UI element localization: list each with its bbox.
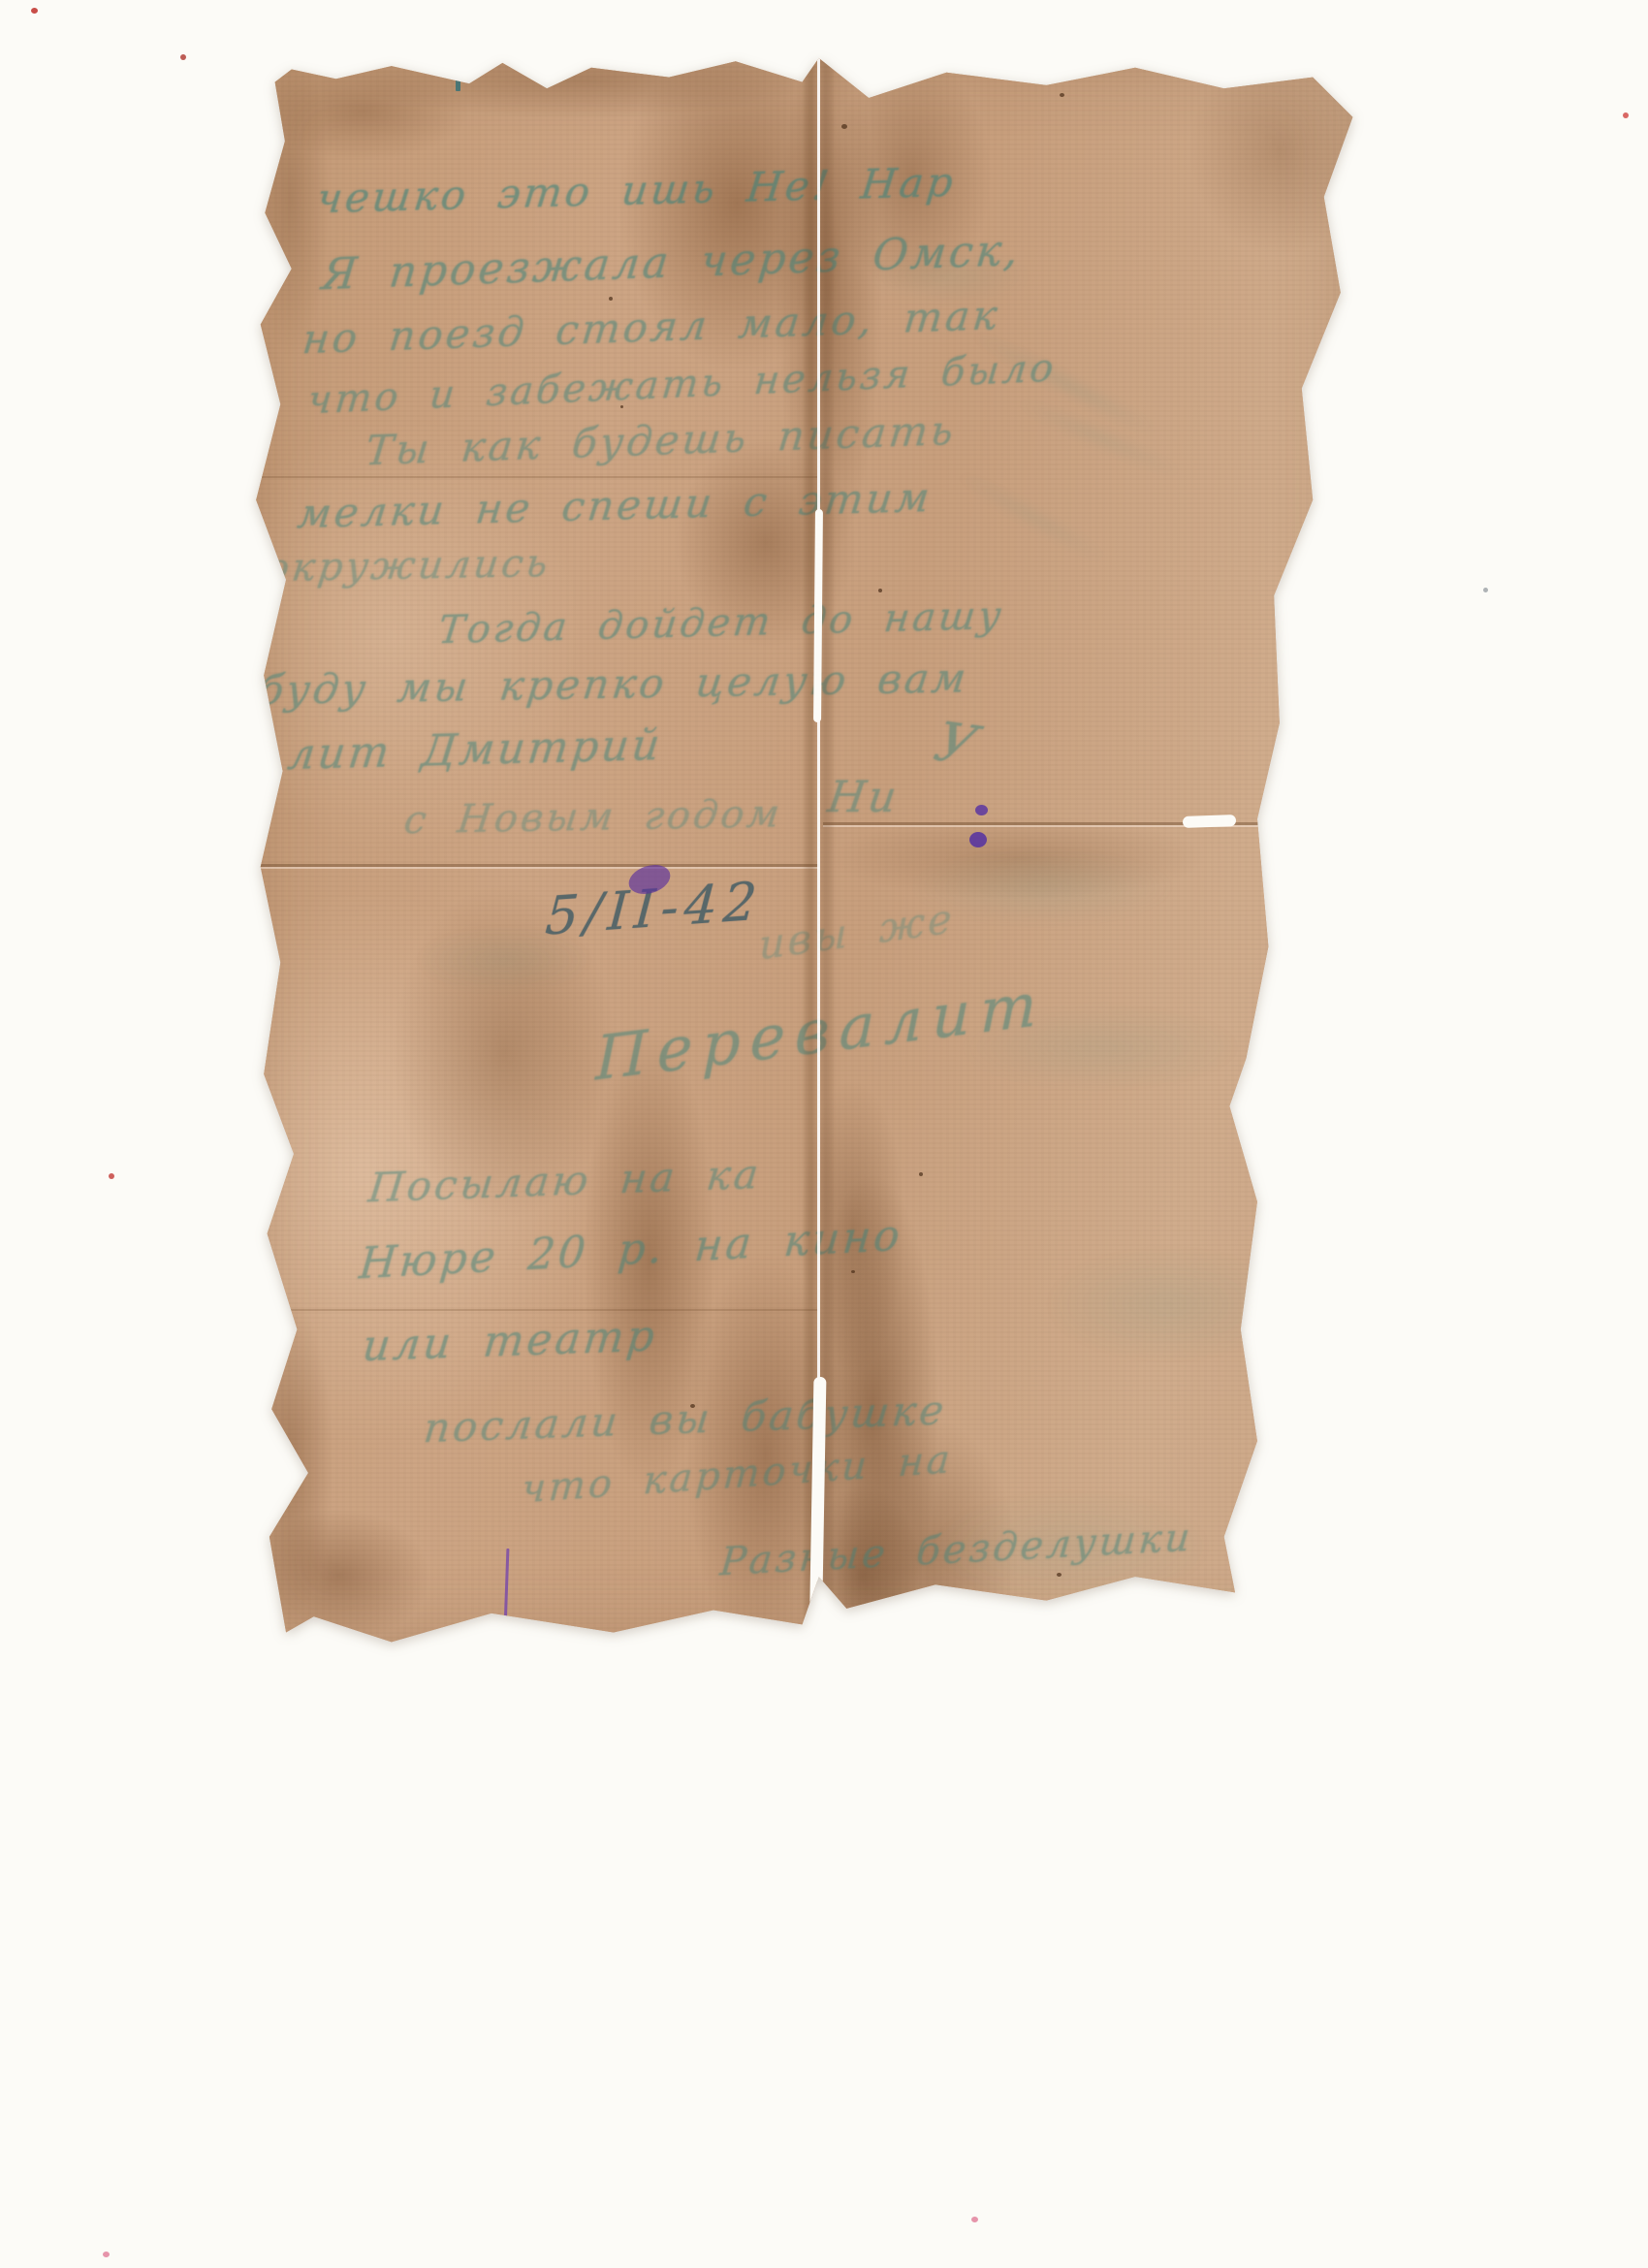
paper-fleck xyxy=(878,589,882,592)
red-speck xyxy=(1623,112,1629,118)
scanner-background: чешко это ишь Не! НарЯ проезжала через О… xyxy=(0,0,1648,2268)
red-speck xyxy=(180,54,186,60)
violet-ink-dot xyxy=(975,805,988,815)
pink-speck xyxy=(103,2252,110,2257)
letter-paper: чешко это ишь Не! НарЯ проезжала через О… xyxy=(247,53,1357,1648)
tear-nick-right-fold xyxy=(1183,815,1236,828)
paper-fleck xyxy=(841,124,847,129)
handwriting-line: Тогда дойдет до нашу xyxy=(436,593,1006,653)
handwriting-line: лит Дмитрий xyxy=(285,720,665,780)
paper-fleck xyxy=(609,297,613,301)
red-speck xyxy=(31,8,38,14)
fold-crease-lower-left xyxy=(262,1309,819,1311)
handwriting-line: окружились xyxy=(263,541,553,591)
letter-paper-wrapper: чешко это ишь Не! НарЯ проезжала через О… xyxy=(247,53,1357,1648)
red-speck xyxy=(109,1173,114,1179)
paper-fleck xyxy=(919,1172,923,1176)
handwriting-line: Посылаю на ка xyxy=(366,1150,764,1211)
handwriting-line: Ни xyxy=(825,773,903,822)
handwriting-line: чешко это ишь Не! Нар xyxy=(314,158,958,222)
handwriting-line: с Новым годом xyxy=(401,791,784,843)
handwriting-line: буду мы крепко целую вам xyxy=(256,654,971,714)
paper-fleck xyxy=(620,405,623,408)
fold-crease-highlight-left xyxy=(255,867,819,869)
fold-crease-upper-left xyxy=(257,476,817,478)
handwriting-line: У xyxy=(928,711,987,778)
paper-fleck xyxy=(967,1610,970,1613)
grey-speck xyxy=(1483,588,1488,592)
pink-speck xyxy=(971,2217,978,2222)
paper-fleck xyxy=(690,1404,695,1408)
handwriting-layer: чешко это ишь Не! НарЯ проезжала через О… xyxy=(247,53,1357,1648)
paper-fleck xyxy=(1057,1573,1062,1577)
handwriting-line: Разные безделушки xyxy=(718,1515,1194,1584)
violet-ink-dot xyxy=(969,832,987,847)
teal-dash-mark xyxy=(456,68,460,91)
handwriting-line: что карточки на xyxy=(521,1437,955,1512)
handwriting-line: или театр xyxy=(361,1311,660,1371)
paper-fleck xyxy=(1060,93,1064,97)
handwriting-line: ивы же xyxy=(759,894,955,970)
paper-fleck xyxy=(851,1270,855,1273)
handwriting-line: мелки не спеши с этим xyxy=(295,473,935,537)
handwriting-line: Я проезжала через Омск, xyxy=(320,226,1024,300)
